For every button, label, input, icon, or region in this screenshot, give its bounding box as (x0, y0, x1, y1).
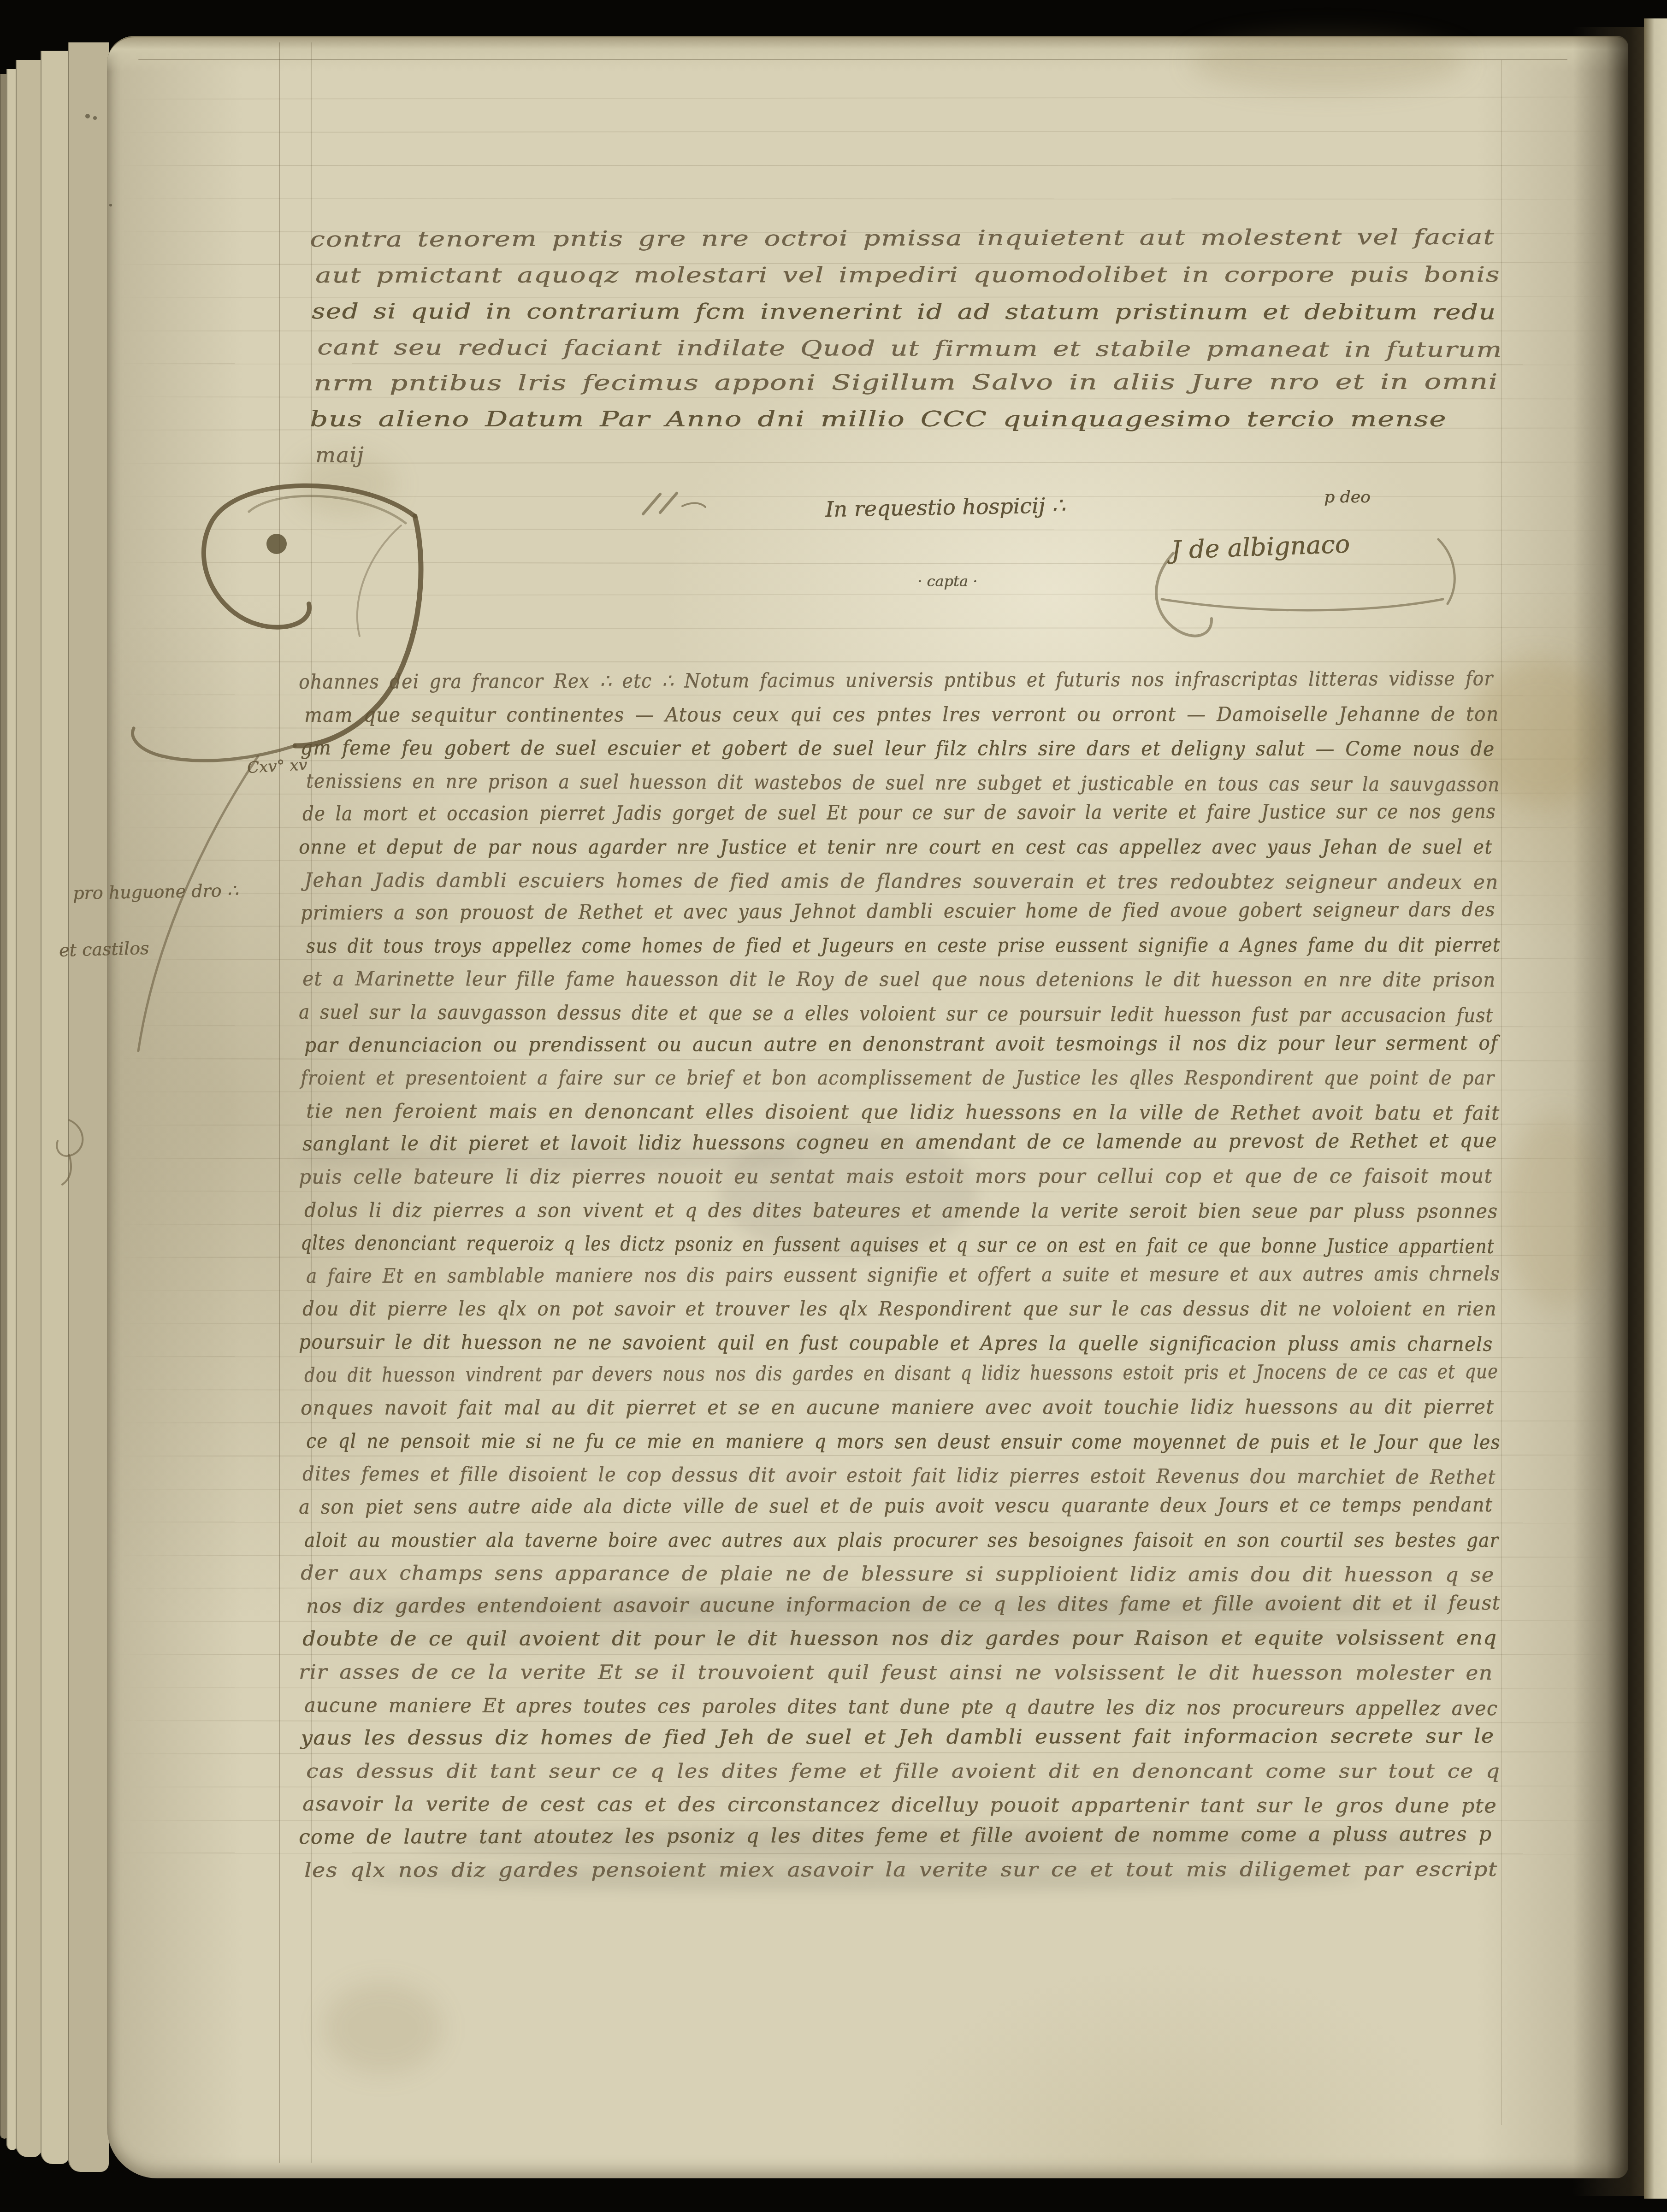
latin-text-block: contra tenorem pntis gre nre octroi pmis… (313, 227, 1501, 485)
manuscript-text-line: dites femes et fille disoient le cop des… (302, 1463, 1496, 1489)
pro-deo-note: p deo (1324, 488, 1371, 507)
manuscript-text-line: gm feme feu gobert de suel escuier et go… (301, 737, 1495, 761)
manuscript-text-line: onne et deput de par nous agarder nre Ju… (299, 836, 1492, 859)
manuscript-text-line: yaus les dessus diz homes de fied Jeh de… (301, 1725, 1494, 1750)
folio-edge-band (16, 60, 41, 2157)
latin-text-line: aut pmictant aquoqz molestari vel impedi… (315, 262, 1500, 288)
manuscript-text-line: asavoir la verite de cest cas et des cir… (302, 1793, 1497, 1817)
manuscript-text-line: rir asses de ce la verite Et se il trouv… (299, 1661, 1493, 1685)
manuscript-text-line: et a Marinette leur fille fame hauesson … (302, 967, 1496, 991)
latin-text-line: bus alieno Datum Par Anno dni millio CCC… (310, 407, 1447, 431)
book-gutter-shadow (1573, 27, 1647, 2196)
manuscript-text-line: a faire Et en samblable maniere nos dis … (306, 1262, 1500, 1288)
manuscript-text-line: tie nen feroient mais en denoncant elles… (306, 1100, 1500, 1125)
manuscript-text-line: onques navoit fait mal au dit pierret et… (301, 1396, 1494, 1420)
facing-page-edge (1644, 18, 1667, 2199)
manuscript-text-line: a suel sur la sauvgasson dessus dite et … (299, 1001, 1493, 1027)
manuscript-text-line: dolus li diz pierres a son vivent et q d… (304, 1199, 1498, 1223)
manuscript-text-line: der aux champs sens apparance de plaie n… (301, 1562, 1494, 1587)
margin-side-note-line1: pro huguone dro ∴ (73, 880, 238, 903)
manuscript-photo: { "colors": { "ink": "#6a5d41", "ink_dar… (0, 0, 1667, 2212)
folio-edge-band (68, 42, 109, 2172)
ruled-line (116, 661, 1619, 662)
folio-edge-band (41, 51, 69, 2164)
manuscript-text-line: cas dessus dit tant seur ce q les dites … (306, 1760, 1500, 1783)
manuscript-text-line: primiers a son prouost de Rethet et avec… (301, 898, 1496, 925)
main-text-block: ohannes dei gra francor Rex ∴ etc ∴ Notu… (302, 671, 1506, 1892)
manuscript-text-line: a son piet sens autre aide ala dicte vil… (299, 1493, 1493, 1519)
ruled-line (116, 165, 1619, 166)
manuscript-text-line: puis celle bateure li diz pierres nouoit… (299, 1165, 1493, 1189)
manuscript-text-line: froient et presentoient a faire sur ce b… (301, 1067, 1495, 1090)
manuscript-text-line: aloit au moustier ala taverne boire avec… (304, 1529, 1499, 1552)
latin-text-line: contra tenorem pntis gre nre octroi pmis… (310, 224, 1495, 252)
manuscript-text-line: sus dit tous troys appellez come homes d… (306, 933, 1500, 958)
manuscript-text-line: mam que sequitur continentes — Atous ceu… (304, 702, 1499, 726)
manuscript-text-line: de la mort et occasion pierret Jadis gor… (302, 800, 1496, 826)
manuscript-text-line: poursuir le dit huesson ne ne savoient q… (299, 1331, 1493, 1356)
capta-note: · capta · (917, 572, 977, 590)
request-note: In requestio hospicij ∴ (825, 493, 1066, 522)
vertical-ruling-line (279, 42, 280, 2163)
manuscript-text-line: aucune maniere Et apres toutes ces parol… (304, 1694, 1498, 1720)
manuscript-text-line: nos diz gardes entendoient asavoir aucun… (306, 1592, 1501, 1618)
manuscript-text-line: qltes denonciant requeroiz q les dictz p… (301, 1232, 1495, 1258)
manuscript-text-line: dou dit huesson vindrent par devers nous… (304, 1360, 1498, 1387)
manuscript-text-line: sanglant le dit pieret et lavoit lidiz h… (302, 1129, 1497, 1156)
manuscript-text-line: Jehan Jadis dambli escuiers homes de fie… (304, 869, 1499, 894)
manuscript-text-line: doubte de ce quil avoient dit pour le di… (302, 1627, 1497, 1651)
manuscript-text-line: par denunciacion ou prendissent ou aucun… (304, 1032, 1498, 1057)
manuscript-text-line: dou dit pierre les qlx on pot savoir et … (302, 1298, 1497, 1321)
latin-text-line: sed si quid in contrarium fcm invenerint… (312, 299, 1496, 324)
latin-text-line: nrm pntibus lris fecimus apponi Sigillum… (313, 369, 1498, 395)
margin-side-note-line2: et castilos (59, 938, 149, 961)
parchment-stain (1189, 32, 1466, 92)
manuscript-text-line: ohannes dei gra francor Rex ∴ etc ∴ Notu… (299, 667, 1493, 694)
manuscript-text-line: tenissiens en nre prison a suel huesson … (306, 770, 1500, 796)
manuscript-text-line: ce ql ne pensoit mie si ne fu ce mie en … (306, 1430, 1501, 1454)
latin-text-line: cant seu reduci faciant indilate Quod ut… (317, 335, 1502, 362)
parchment-stain (323, 1982, 443, 2074)
latin-text-line: maij (315, 442, 364, 467)
manuscript-text-line: come de lautre tant atoutez les psoniz q… (299, 1823, 1492, 1849)
margin-chapter-mark: Cxv° xv (247, 755, 308, 777)
manuscript-text-line: les qlx nos diz gardes pensoient miex as… (304, 1858, 1498, 1882)
folio-edge-band (6, 69, 17, 2150)
